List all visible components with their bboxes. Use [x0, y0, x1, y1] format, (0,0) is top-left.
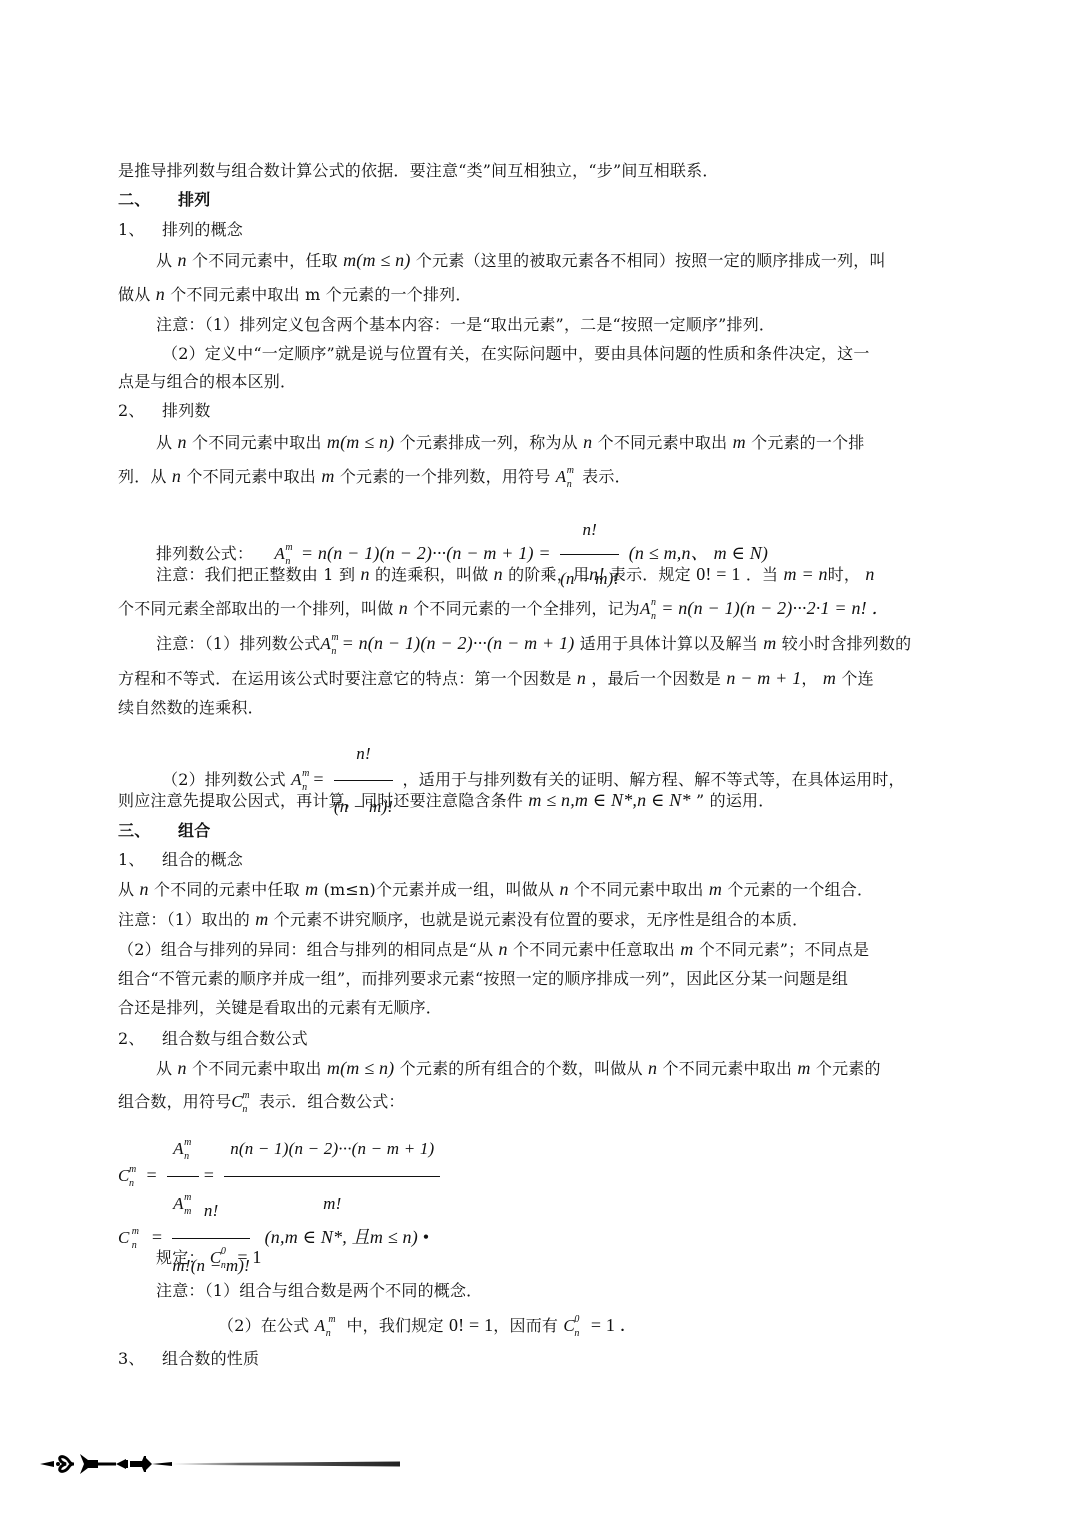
math-var: m — [321, 466, 334, 486]
note: 注意：（1）组合与组合数是两个不同的概念． — [156, 1280, 992, 1302]
note: 注意：（1）取出的 m 个元素不讲究顺序，也就是说元素没有位置的要求，无序性是组… — [118, 908, 992, 931]
text: 组合数，用符号 — [118, 1092, 231, 1111]
text: 个不同元素中取出 — [186, 467, 316, 486]
paragraph: 从 n 个不同元素中取出 m(m ≤ n) 个元素的所有组合的个数，叫做从 n … — [156, 1057, 992, 1080]
formula-condition: (n ≤ m,n、 m ∈ N) — [629, 543, 768, 563]
math-expr: m(m ≤ n) — [327, 1058, 394, 1078]
section-number: 二、 — [118, 189, 178, 211]
text: 个不同元素的一个全排列，记为 — [413, 599, 640, 618]
note: （2）在公式 A mn 中，我们规定 0! = 1，因而有 C0n = 1 ． — [218, 1314, 1075, 1337]
combination-formula-2: C m n = n!m!(n − m)! (n,m ∈ N*, 且m ≤ n) … — [118, 1186, 992, 1291]
math-var: n — [399, 598, 408, 618]
subsection-number: 2、 — [118, 1028, 162, 1050]
math-var: m — [733, 432, 746, 452]
permutation-symbol: Ann — [640, 598, 651, 620]
math-var: m — [797, 1058, 810, 1078]
subsection-title: 排列的概念 — [162, 220, 243, 239]
math-expr: n! — [589, 564, 604, 584]
subheading-combination-properties: 3、组合数的性质 — [118, 1348, 992, 1370]
text: 做从 — [118, 285, 150, 304]
fraction: n!(n − m)! — [334, 730, 393, 831]
subsection-title: 排列数 — [162, 401, 211, 420]
text: 从 — [156, 433, 172, 452]
math-expr: m ≤ n,m ∈ N*,n ∈ N* — [528, 790, 690, 810]
note: 续自然数的连乘积． — [118, 697, 992, 719]
text: 个元素的所有组合的个数，叫做从 — [400, 1059, 643, 1078]
text: 中，我们规定 — [346, 1316, 443, 1335]
text: 个不同元素中任意取出 — [513, 940, 675, 959]
subsection-title: 组合数与组合数公式 — [162, 1029, 308, 1048]
intro-line: 是推导排列数与组合数计算公式的依据．要注意“类”间互相独立，“步”间互相联系． — [118, 160, 992, 182]
combination-symbol: C0n — [563, 1315, 575, 1337]
text: 个不同元素中取出 — [192, 1059, 322, 1078]
combination-symbol: Cmn — [231, 1091, 243, 1113]
subheading-combination-concept: 1、组合的概念 — [118, 849, 992, 871]
text: 表示．规定 — [610, 565, 691, 584]
math-var: n — [360, 564, 369, 584]
math-expr: m(m ≤ n) — [327, 432, 394, 452]
subsection-number: 2、 — [118, 400, 162, 422]
math-expr: n − m + 1 — [726, 668, 801, 688]
note: 则应注意先提取公因式，再计算，同时还要注意隐含条件 m ≤ n,m ∈ N*,n… — [118, 789, 992, 812]
text: (m≤n)个元素并成一组，叫做从 — [324, 880, 555, 899]
text: 注意：我们把正整数由 1 到 — [156, 565, 355, 584]
math-var: n — [178, 1058, 187, 1078]
paragraph: 组合数，用符号Cmn 表示．组合数公式： — [118, 1091, 992, 1113]
text: 个不同元素”；不同点是 — [699, 940, 869, 959]
text: 从 — [156, 1059, 172, 1078]
formula-condition: (n,m ∈ N*, 且m ≤ n) • — [265, 1227, 430, 1247]
text: 个元素的 — [816, 1059, 881, 1078]
math-var: m — [823, 668, 836, 688]
math-expr: = n(n − 1)(n − 2)···(n − m + 1) — [342, 633, 575, 653]
section-title: 排列 — [178, 190, 210, 209]
subsection-title: 组合数的性质 — [162, 1349, 259, 1368]
note: （2）定义中“一定顺序”就是说与位置有关，在实际问题中，要由具体问题的性质和条件… — [162, 343, 1036, 365]
subheading-combination-number: 2、组合数与组合数公式 — [118, 1028, 992, 1050]
text: 个元素的一个排 — [751, 433, 864, 452]
permutation-symbol: Amn — [556, 466, 567, 488]
text: 的阶乘，用 — [508, 565, 589, 584]
formula-label: 排列数公式： — [156, 544, 253, 563]
math-var: n — [156, 284, 165, 304]
math-var: m — [680, 939, 693, 959]
rule: 规定： C0n = 1 — [156, 1246, 992, 1269]
note: （2）排列数公式 Amn = n!(n − m)! ，适用于与排列数有关的证明、… — [162, 730, 1036, 831]
text: 则应注意先提取公因式，再计算，同时还要注意隐含条件 — [118, 791, 523, 810]
section-title: 组合 — [178, 821, 210, 840]
text: 个元素（这里的被取元素各不相同）按照一定的顺序排成一列，叫 — [416, 251, 886, 270]
math-var: m — [305, 879, 318, 899]
text: 个元素排成一列，称为从 — [400, 433, 578, 452]
text: ，最后一个因数是 — [591, 669, 721, 688]
math-expr: m(m ≤ n) — [343, 250, 410, 270]
math-var: n — [178, 250, 187, 270]
text: 从 — [118, 880, 134, 899]
math-var: n — [498, 939, 507, 959]
section-number: 三、 — [118, 820, 178, 842]
text: 个不同元素全部取出的一个排列，叫做 — [118, 599, 393, 618]
math-expr: = 1 ． — [591, 1315, 638, 1335]
text: 方程和不等式．在运用该公式时要注意它的特点：第一个因数是 — [118, 669, 572, 688]
math-var: n — [648, 1058, 657, 1078]
text: 个不同的元素中任取 — [154, 880, 300, 899]
fraction: n!(n − m)! — [560, 508, 619, 601]
note: 合还是排列，关键是看取出的元素有无顺序． — [118, 997, 992, 1019]
text: ．当 — [746, 565, 778, 584]
note: 注意：（1）排列数公式Amn = n(n − 1)(n − 2)···(n − … — [156, 632, 992, 655]
math-var: m — [255, 909, 268, 929]
text: 个元素的一个组合． — [727, 880, 873, 899]
permutation-symbol: A mn — [315, 1315, 326, 1337]
math-var: n — [559, 879, 568, 899]
math-var: n — [140, 879, 149, 899]
text: （2）在公式 — [218, 1316, 309, 1335]
note: 个不同元素全部取出的一个排列，叫做 n 个不同元素的一个全排列，记为Ann = … — [118, 597, 992, 620]
math-var: n — [178, 432, 187, 452]
math-var: n — [172, 466, 181, 486]
text: 个连 — [841, 669, 873, 688]
math-var: m — [709, 879, 722, 899]
text: （2）组合与排列的异同：组合与排列的相同点是“从 — [118, 940, 493, 959]
text: ，适用于与排列数有关的证明、解方程、解不等式等，在具体运用时， — [403, 770, 905, 789]
note: 方程和不等式．在运用该公式时要注意它的特点：第一个因数是 n ，最后一个因数是 … — [118, 667, 992, 690]
text: 从 — [156, 251, 172, 270]
math-var: m — [763, 633, 776, 653]
subheading-permutation-concept: 1、排列的概念 — [118, 219, 992, 241]
note: 注意：我们把正整数由 1 到 n 的连乘积，叫做 n 的阶乘，用n! 表示．规定… — [156, 563, 992, 586]
math-var: n — [583, 432, 592, 452]
text: ，因而有 — [493, 1316, 558, 1335]
note: （2）组合与排列的异同：组合与排列的相同点是“从 n 个不同元素中任意取出 m … — [118, 938, 992, 961]
paragraph: 从 n 个不同的元素中任取 m (m≤n)个元素并成一组，叫做从 n 个不同元素… — [118, 878, 992, 901]
math-expr: m = n — [784, 564, 828, 584]
math-expr: = 1 — [237, 1247, 261, 1267]
permutation-formula: 排列数公式： Amn = n(n − 1)(n − 2)···(n − m + … — [156, 508, 992, 601]
decorative-divider-icon — [40, 1452, 410, 1480]
paragraph: 从 n 个不同元素中，任取 m(m ≤ n) 个元素（这里的被取元素各不相同）按… — [156, 249, 992, 272]
fraction: n!m!(n − m)! — [172, 1186, 250, 1291]
text: 个不同元素中取出 — [192, 433, 322, 452]
text: 列．从 — [118, 467, 167, 486]
math-expr: 0! = 1 — [449, 1315, 493, 1335]
paragraph: 做从 n 个不同元素中取出 m 个元素的一个排列． — [118, 283, 992, 306]
section-heading-combination: 三、组合 — [118, 820, 992, 842]
text: 个不同元素中，任取 — [192, 251, 338, 270]
permutation-symbol: Amn — [320, 633, 331, 655]
text: 较小时含排列数的 — [782, 634, 912, 653]
text: 个不同元素中取出 — [598, 433, 728, 452]
text: 规定： — [156, 1248, 205, 1267]
note: 点是与组合的根本区别． — [118, 371, 992, 393]
text: 注意：（1）排列数公式 — [156, 634, 320, 653]
text: 个不同元素中取出 — [574, 880, 704, 899]
formula-expr: = n(n − 1)(n − 2)···(n − m + 1) = — [301, 543, 551, 563]
text: 注意：（1）取出的 — [118, 910, 250, 929]
math-expr: 0! = 1 — [696, 564, 740, 584]
text: 个元素不讲究顺序，也就是说元素没有位置的要求，无序性是组合的本质． — [274, 910, 809, 929]
note: 组合“不管元素的顺序并成一组”，而排列要求元素“按照一定的顺序排成一列”，因此区… — [118, 968, 992, 990]
subheading-permutation-number: 2、排列数 — [118, 400, 992, 422]
text: 的连乘积，叫做 — [375, 565, 488, 584]
text: ， — [801, 669, 817, 688]
text: （2）排列数公式 — [162, 770, 286, 789]
subsection-number: 1、 — [118, 219, 162, 241]
text: 个不同元素中取出 m 个元素的一个排列． — [170, 285, 471, 304]
combination-symbol: C0n — [210, 1247, 222, 1269]
text: 适用于具体计算以及解当 — [580, 634, 758, 653]
text: 表示． — [582, 467, 631, 486]
paragraph: 从 n 个不同元素中取出 m(m ≤ n) 个元素排成一列，称为从 n 个不同元… — [156, 431, 992, 454]
math-var: n — [865, 564, 874, 584]
text: 个元素的一个排列数，用符号 — [340, 467, 551, 486]
text: ” 的运用． — [696, 791, 774, 810]
math-var: n — [494, 564, 503, 584]
subsection-number: 3、 — [118, 1348, 162, 1370]
section-heading-permutation: 二、排列 — [118, 189, 992, 211]
subsection-title: 组合的概念 — [162, 850, 243, 869]
combination-symbol: C m n — [118, 1213, 130, 1263]
note: 注意：（1）排列定义包含两个基本内容：一是“取出元素”，二是“按照一定顺序”排列… — [156, 314, 992, 336]
text: 时， — [828, 565, 860, 584]
text: 个不同元素中取出 — [662, 1059, 792, 1078]
math-expr: = n(n − 1)(n − 2)···2·1 = n! ． — [661, 598, 890, 618]
math-var: n — [577, 668, 586, 688]
text: 表示．组合数公式： — [259, 1092, 405, 1111]
subsection-number: 1、 — [118, 849, 162, 871]
paragraph: 列．从 n 个不同元素中取出 m 个元素的一个排列数，用符号 Amn 表示． — [118, 465, 992, 488]
